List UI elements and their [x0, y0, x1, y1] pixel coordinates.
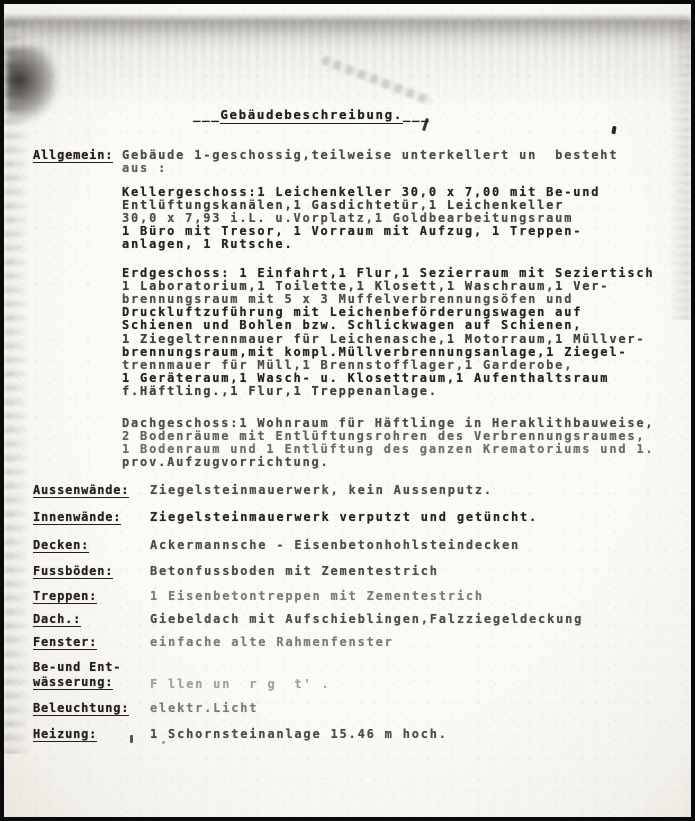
section-value: F llen un r g t' .	[150, 678, 681, 691]
section-label: Decken:	[33, 539, 150, 554]
title-underscore-suffix: ___	[403, 107, 430, 122]
section-label: Dach.:	[33, 613, 150, 628]
section-label: Be-und Ent-wässerung:	[33, 661, 150, 691]
label-line: Treppen:	[33, 590, 150, 604]
label-text: Decken:	[33, 539, 89, 553]
section-row: Fussböden:Betonfussboden mit Zementestri…	[33, 565, 681, 580]
section-allgemein: Allgemein: Gebäude 1-geschossig,teilweis…	[33, 149, 681, 469]
section-label: Beleuchtung:	[33, 702, 150, 717]
section-label: Treppen:	[33, 590, 150, 605]
title-underscore-prefix: ___	[193, 107, 220, 122]
label-text: Treppen:	[33, 590, 97, 604]
section-row: Heizung:1 Schornsteinanlage 15.46 m hoch…	[33, 728, 681, 743]
label-line: Fussböden:	[33, 565, 150, 579]
label-line: wässerung:	[33, 676, 150, 690]
section-label: Aussenwände:	[33, 484, 150, 499]
text-line: aus :	[122, 162, 681, 175]
section-value: 1 Eisenbetontreppen mit Zementestrich	[150, 590, 681, 605]
label-line: Fenster:	[33, 636, 150, 650]
section-value: elektr.Licht	[150, 702, 681, 717]
paragraph: Erdgeschoss: 1 Einfahrt,1 Flur,1 Sezierr…	[122, 267, 681, 399]
label-text: Allgemein:	[33, 149, 113, 163]
section-row: Decken:Ackermannsche - Eisenbetonhohlste…	[33, 539, 681, 554]
section-value: Ziegelsteinmauerwerk verputzt und getünc…	[150, 511, 681, 526]
allgemein-paragraphs: Gebäude 1-geschossig,teilweise unterkell…	[122, 149, 681, 469]
document-body: ___Gebäudebeschreibung.___ Allgemein: Ge…	[33, 108, 681, 754]
paragraph: Gebäude 1-geschossig,teilweise unterkell…	[122, 149, 681, 175]
document-title: ___Gebäudebeschreibung.___	[193, 108, 681, 121]
label-text: Innenwände:	[33, 511, 121, 525]
label-line: Be-und Ent-	[33, 661, 150, 674]
text-line: f.Häftling.,1 Flur,1 Treppenanlage.	[122, 385, 681, 398]
text-line: Gebäude 1-geschossig,teilweise unterkell…	[122, 149, 681, 162]
specification-rows: Aussenwände:Ziegelsteinmauerwerk, kein A…	[33, 484, 681, 743]
label-line: Beleuchtung:	[33, 702, 150, 716]
text-line: Kellergeschoss:1 Leichenkeller 30,0 x 7,…	[122, 186, 681, 199]
section-label: Fenster:	[33, 636, 150, 651]
label-text: Aussenwände:	[33, 484, 129, 498]
label-text: Fussböden:	[33, 565, 113, 579]
section-value: Giebeldach mit Aufschieblingen,Falzziege…	[150, 613, 681, 628]
label-line: Decken:	[33, 539, 150, 553]
text-line: Dachgeschoss:1 Wohnraum für Häftlinge in…	[122, 417, 681, 430]
section-label: Innenwände:	[33, 511, 150, 526]
text-line: anlagen, 1 Rutsche.	[122, 238, 681, 251]
paragraph: Dachgeschoss:1 Wohnraum für Häftlinge in…	[122, 417, 681, 470]
label-text: wässerung:	[33, 676, 113, 690]
section-label: Fussböden:	[33, 565, 150, 580]
label-line: Innenwände:	[33, 511, 150, 525]
text-line: trennmauer für Müll,1 Brennstofflager,1 …	[122, 359, 681, 372]
section-row: Aussenwände:Ziegelsteinmauerwerk, kein A…	[33, 484, 681, 499]
label-text: Beleuchtung:	[33, 702, 129, 716]
section-row: Be-und Ent-wässerung:F llen un r g t' .	[33, 661, 681, 691]
section-row: Beleuchtung:elektr.Licht	[33, 702, 681, 717]
section-row: Innenwände:Ziegelsteinmauerwerk verputzt…	[33, 511, 681, 526]
text-line: 1 Ziegeltrennmauer für Leichenasche,1 Mo…	[122, 333, 681, 346]
title-text: Gebäudebeschreibung.	[220, 107, 403, 124]
label-text: Be-und Ent-	[33, 661, 121, 674]
section-row: Dach.:Giebeldach mit Aufschieblingen,Fal…	[33, 613, 681, 628]
section-value: 1 Schornsteinanlage 15.46 m hoch.	[150, 728, 681, 743]
text-line: Schienen und Bohlen bzw. Schlickwagen au…	[122, 319, 681, 332]
document-page: ___Gebäudebeschreibung.___ Allgemein: Ge…	[0, 0, 695, 821]
label-text: Heizung:	[33, 728, 97, 742]
text-line: 1 Bodenraum und 1 Entlüftung des ganzen …	[122, 443, 681, 456]
section-row: Fenster:einfache alte Rahmenfenster	[33, 636, 681, 651]
paragraph: Kellergeschoss:1 Leichenkeller 30,0 x 7,…	[122, 186, 681, 252]
section-row: Treppen:1 Eisenbetontreppen mit Zementes…	[33, 590, 681, 605]
label-line: Dach.:	[33, 613, 150, 627]
label-line: Heizung:	[33, 728, 150, 742]
scan-smudge-left-edge	[4, 18, 30, 754]
label-line: Aussenwände:	[33, 484, 150, 498]
text-line: brennungsraum mit 5 x 3 Muffelverbrennun…	[122, 293, 681, 306]
scanned-document-image: ___Gebäudebeschreibung.___ Allgemein: Ge…	[0, 0, 695, 821]
section-value: Ziegelsteinmauerwerk, kein Aussenputz.	[150, 484, 681, 499]
section-label: Heizung:	[33, 728, 150, 743]
text-line: 30,0 x 7,93 i.L. u.Vorplatz,1 Goldbearbe…	[122, 212, 681, 225]
label-text: Fenster:	[33, 636, 97, 650]
section-label-allgemein: Allgemein:	[33, 149, 122, 469]
text-line: Erdgeschoss: 1 Einfahrt,1 Flur,1 Sezierr…	[122, 267, 681, 280]
label-text: Dach.:	[33, 613, 81, 627]
section-value: Betonfussboden mit Zementestrich	[150, 565, 681, 580]
section-value: einfache alte Rahmenfenster	[150, 636, 681, 651]
section-value: Ackermannsche - Eisenbetonhohlsteindecke…	[150, 539, 681, 554]
text-line: prov.Aufzugvorrichtung.	[122, 456, 681, 469]
